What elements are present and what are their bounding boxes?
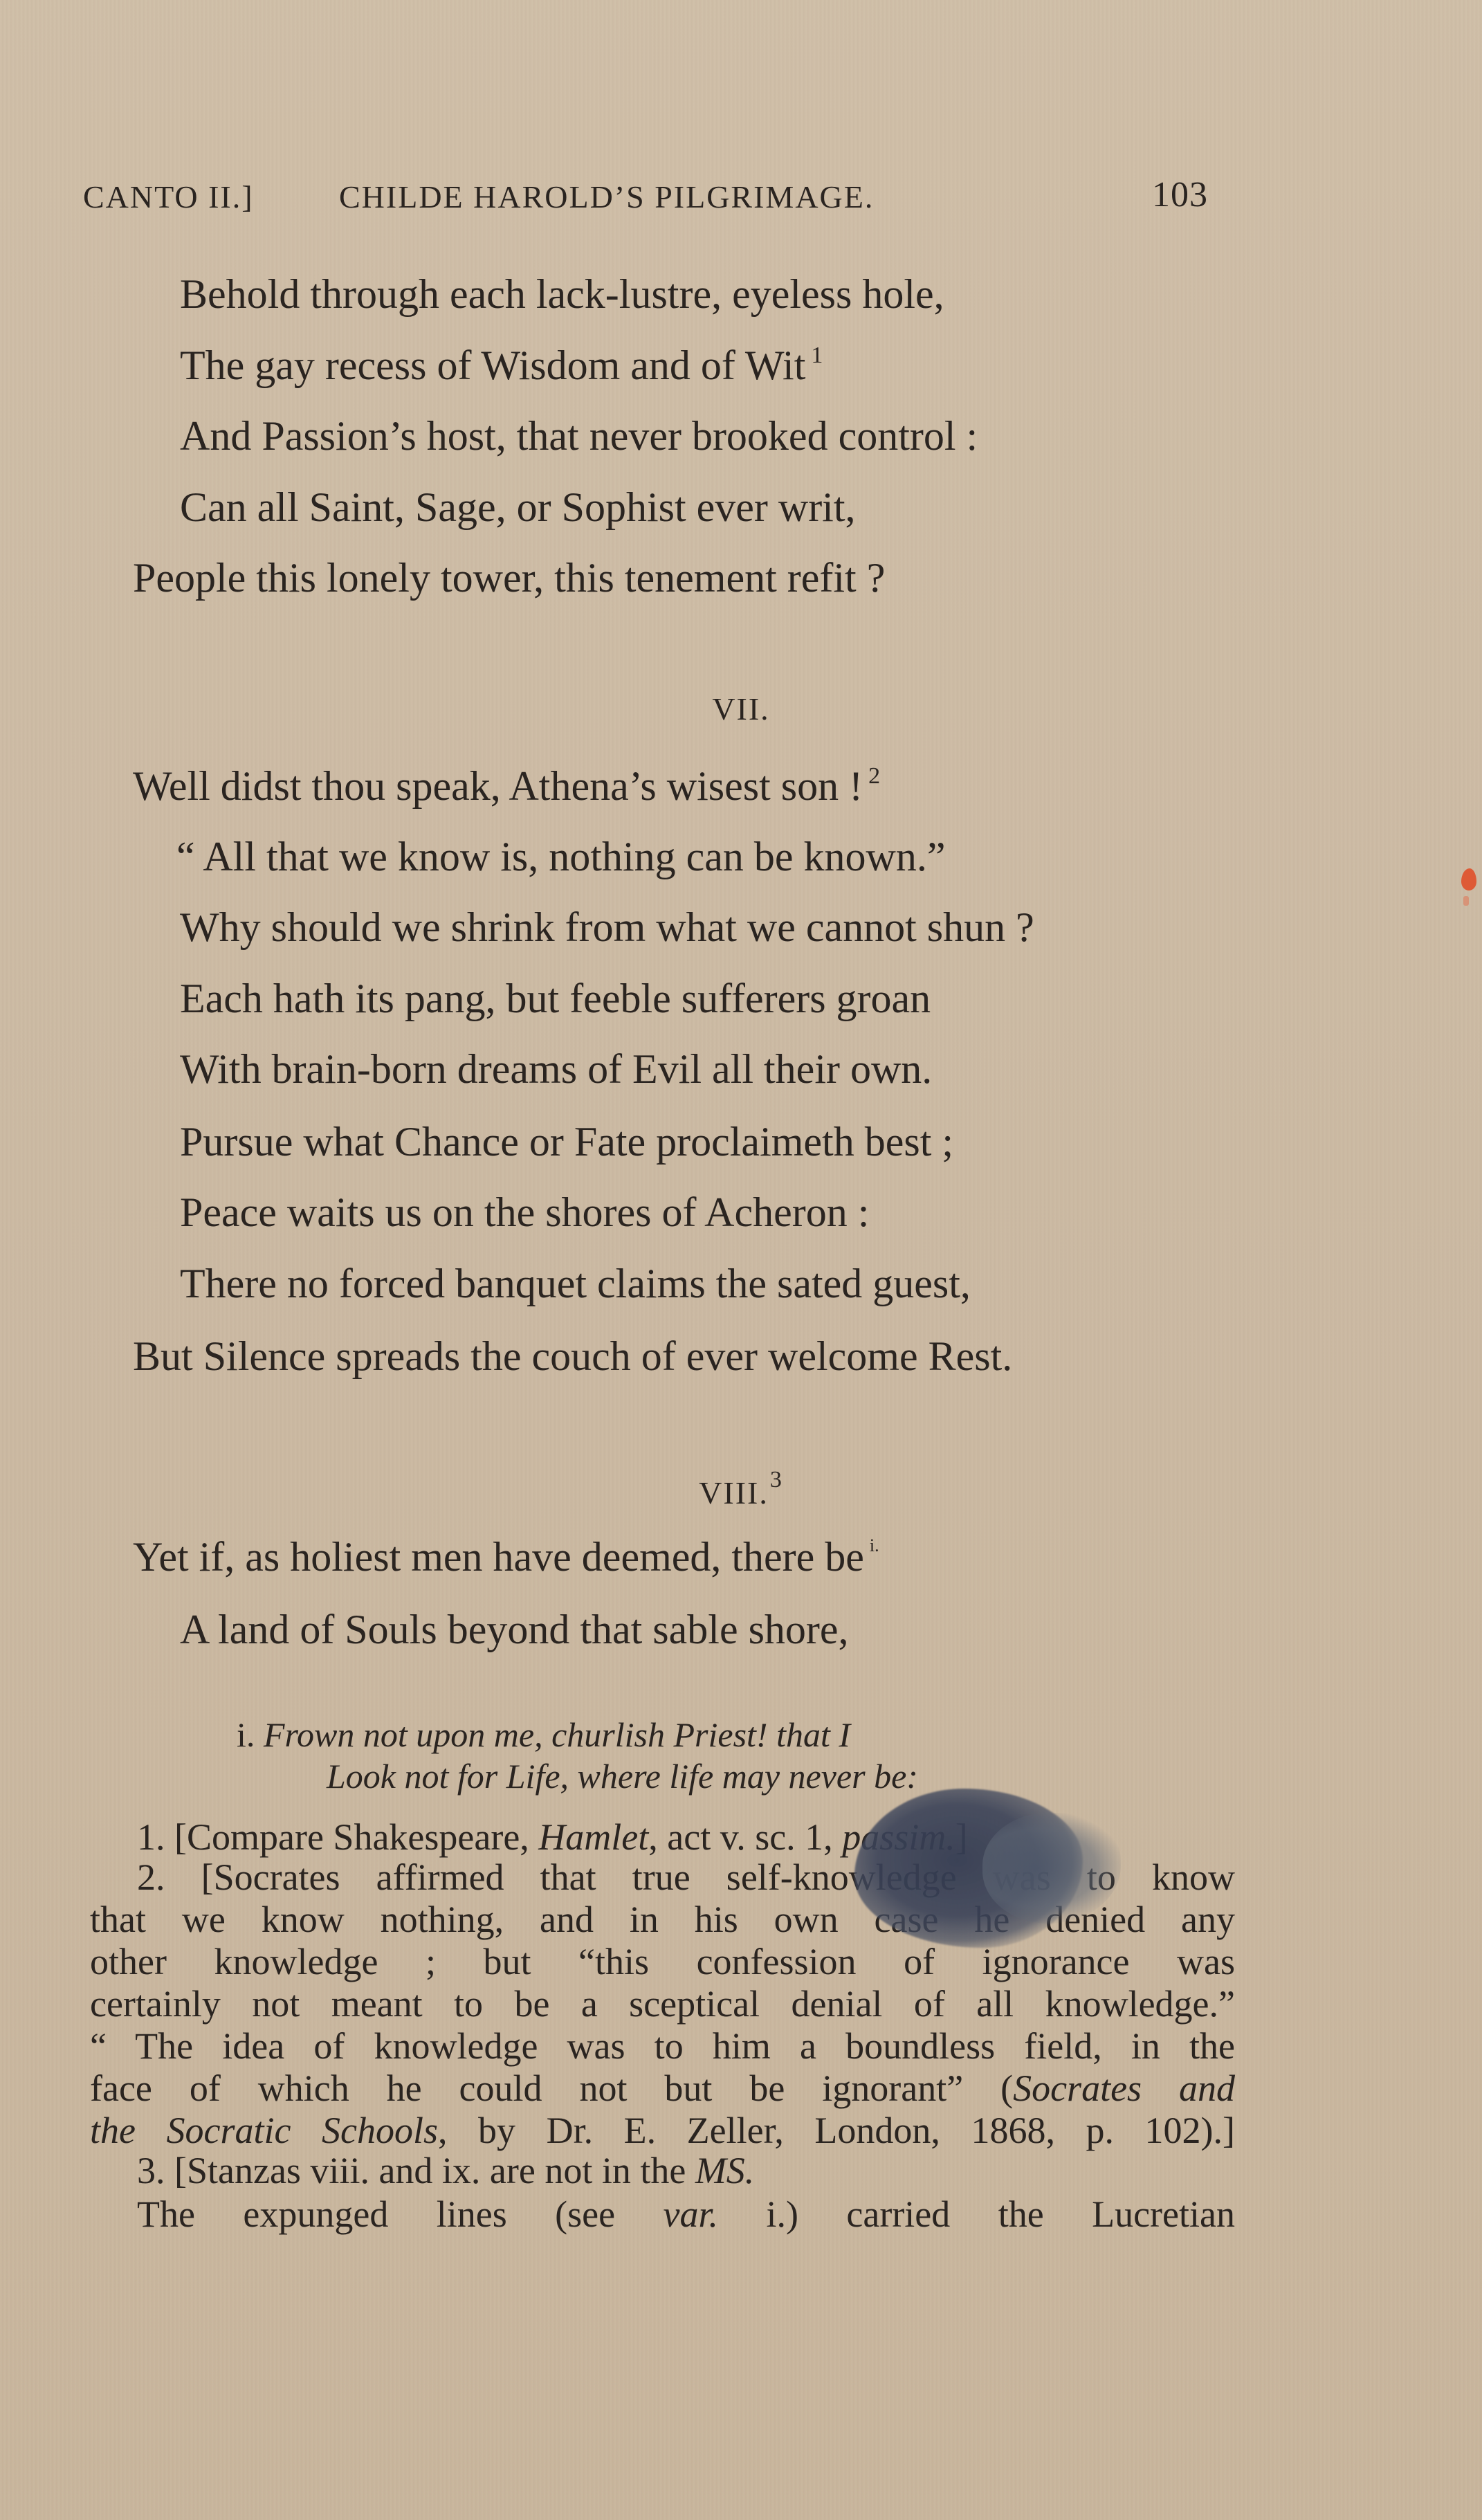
variant-line: i. Frown not upon me, churlish Priest! t…: [237, 1715, 850, 1755]
verse-line-alexandrine: People this lonely tower, this tenement …: [133, 557, 885, 599]
verse-line: Yet if, as holiest men have deemed, ther…: [133, 1536, 879, 1578]
red-ink-mark-tail: [1463, 896, 1469, 906]
verse-line: Well didst thou speak, Athena’s wisest s…: [133, 765, 880, 807]
verse-text: Well didst thou speak, Athena’s wisest s…: [133, 763, 863, 809]
footnote-text: [Compare Shakespeare,: [174, 1816, 538, 1858]
red-ink-mark: [1461, 868, 1476, 891]
verse-line: Why should we shrink from what we cannot…: [180, 906, 1034, 948]
verse-line: Pursue what Chance or Fate proclaimeth b…: [180, 1121, 953, 1162]
footnote-line: “ The idea of knowledge was to him a bou…: [90, 2025, 1235, 2067]
work-title: the Socratic Schools: [90, 2110, 438, 2151]
footnote-line: the Socratic Schools, by Dr. E. Zeller, …: [90, 2110, 1235, 2152]
running-head-canto: CANTO II.]: [83, 179, 254, 215]
verse-line-alexandrine: But Silence spreads the couch of ever we…: [133, 1335, 1012, 1377]
stanza-number-text: VIII.: [699, 1475, 769, 1510]
verse-line: Each hath its pang, but feeble sufferers…: [180, 978, 931, 1019]
verse-line: Can all Saint, Sage, or Sophist ever wri…: [180, 486, 856, 528]
running-head-title: CHILDE HAROLD’S PILGRIMAGE.: [339, 179, 874, 215]
page-number: 103: [1152, 174, 1208, 215]
footnote-text: , by Dr. E. Zeller, London, 1868, p. 102…: [438, 2110, 1235, 2151]
footnote-ref[interactable]: 1: [811, 343, 823, 368]
footnote-ref[interactable]: 3: [770, 1467, 783, 1492]
verse-line: There no forced banquet claims the sated…: [180, 1263, 971, 1304]
footnote-line: certainly not meant to be a sceptical de…: [90, 1983, 1235, 2025]
work-title: Hamlet: [538, 1816, 648, 1858]
footnote-line: other knowledge ; but “this confession o…: [90, 1941, 1235, 1983]
verse-line: A land of Souls beyond that sable shore,: [180, 1609, 849, 1650]
variant-ref[interactable]: i.: [870, 1535, 879, 1555]
footnote-text: The expunged lines (see: [137, 2193, 664, 2235]
footnote-text: face of which he could not but be ignora…: [90, 2067, 1013, 2109]
footnote-line: face of which he could not but be ignora…: [90, 2067, 1235, 2110]
verse-line: The gay recess of Wisdom and of Wit1: [180, 344, 823, 386]
footnote-3-continued: The expunged lines (see var. i.) carried…: [137, 2193, 1235, 2236]
footnote-number: 3.: [137, 2150, 165, 2191]
footnote-line: The expunged lines (see var. i.) carried…: [137, 2193, 1235, 2236]
footnote-number: 2.: [137, 1856, 165, 1898]
footnote-1: 1. [Compare Shakespeare, Hamlet, act v. …: [137, 1818, 968, 1856]
stanza-number: VII.: [0, 691, 1482, 727]
footnote-text: i.) carried the Lucretian: [718, 2193, 1235, 2235]
verse-line: Peace waits us on the shores of Acheron …: [180, 1191, 869, 1233]
variant-line: Look not for Life, where life may never …: [327, 1756, 918, 1796]
footnote-3: 3. [Stanzas viii. and ix. are not in the…: [137, 2152, 754, 2189]
verse-line: With brain-born dreams of Evil all their…: [180, 1048, 932, 1090]
footnote-text-italic: MS.: [695, 2150, 754, 2191]
verse-line: And Passion’s host, that never brooked c…: [180, 415, 978, 457]
verse-text: Yet if, as holiest men have deemed, ther…: [133, 1534, 864, 1580]
footnote-number: 1.: [137, 1816, 165, 1858]
footnote-text: [Stanzas viii. and ix. are not in the: [174, 2150, 695, 2191]
verse-line: Behold through each lack-lustre, eyeless…: [180, 273, 944, 315]
verse-line: “ All that we know is, nothing can be kn…: [176, 836, 945, 877]
footnote-ref[interactable]: 2: [868, 763, 880, 789]
work-title: Socrates and: [1013, 2067, 1235, 2109]
footnote-text: , act v. sc. 1,: [648, 1816, 842, 1858]
variant-label: i.: [237, 1715, 255, 1754]
footnote-text-italic: var.: [664, 2193, 719, 2235]
variant-text: Frown not upon me, churlish Priest! that…: [264, 1715, 850, 1754]
book-page: CANTO II.] CHILDE HAROLD’S PILGRIMAGE. 1…: [0, 0, 1482, 2520]
verse-text: The gay recess of Wisdom and of Wit: [180, 343, 805, 388]
stanza-number: VIII.3: [0, 1467, 1482, 1511]
